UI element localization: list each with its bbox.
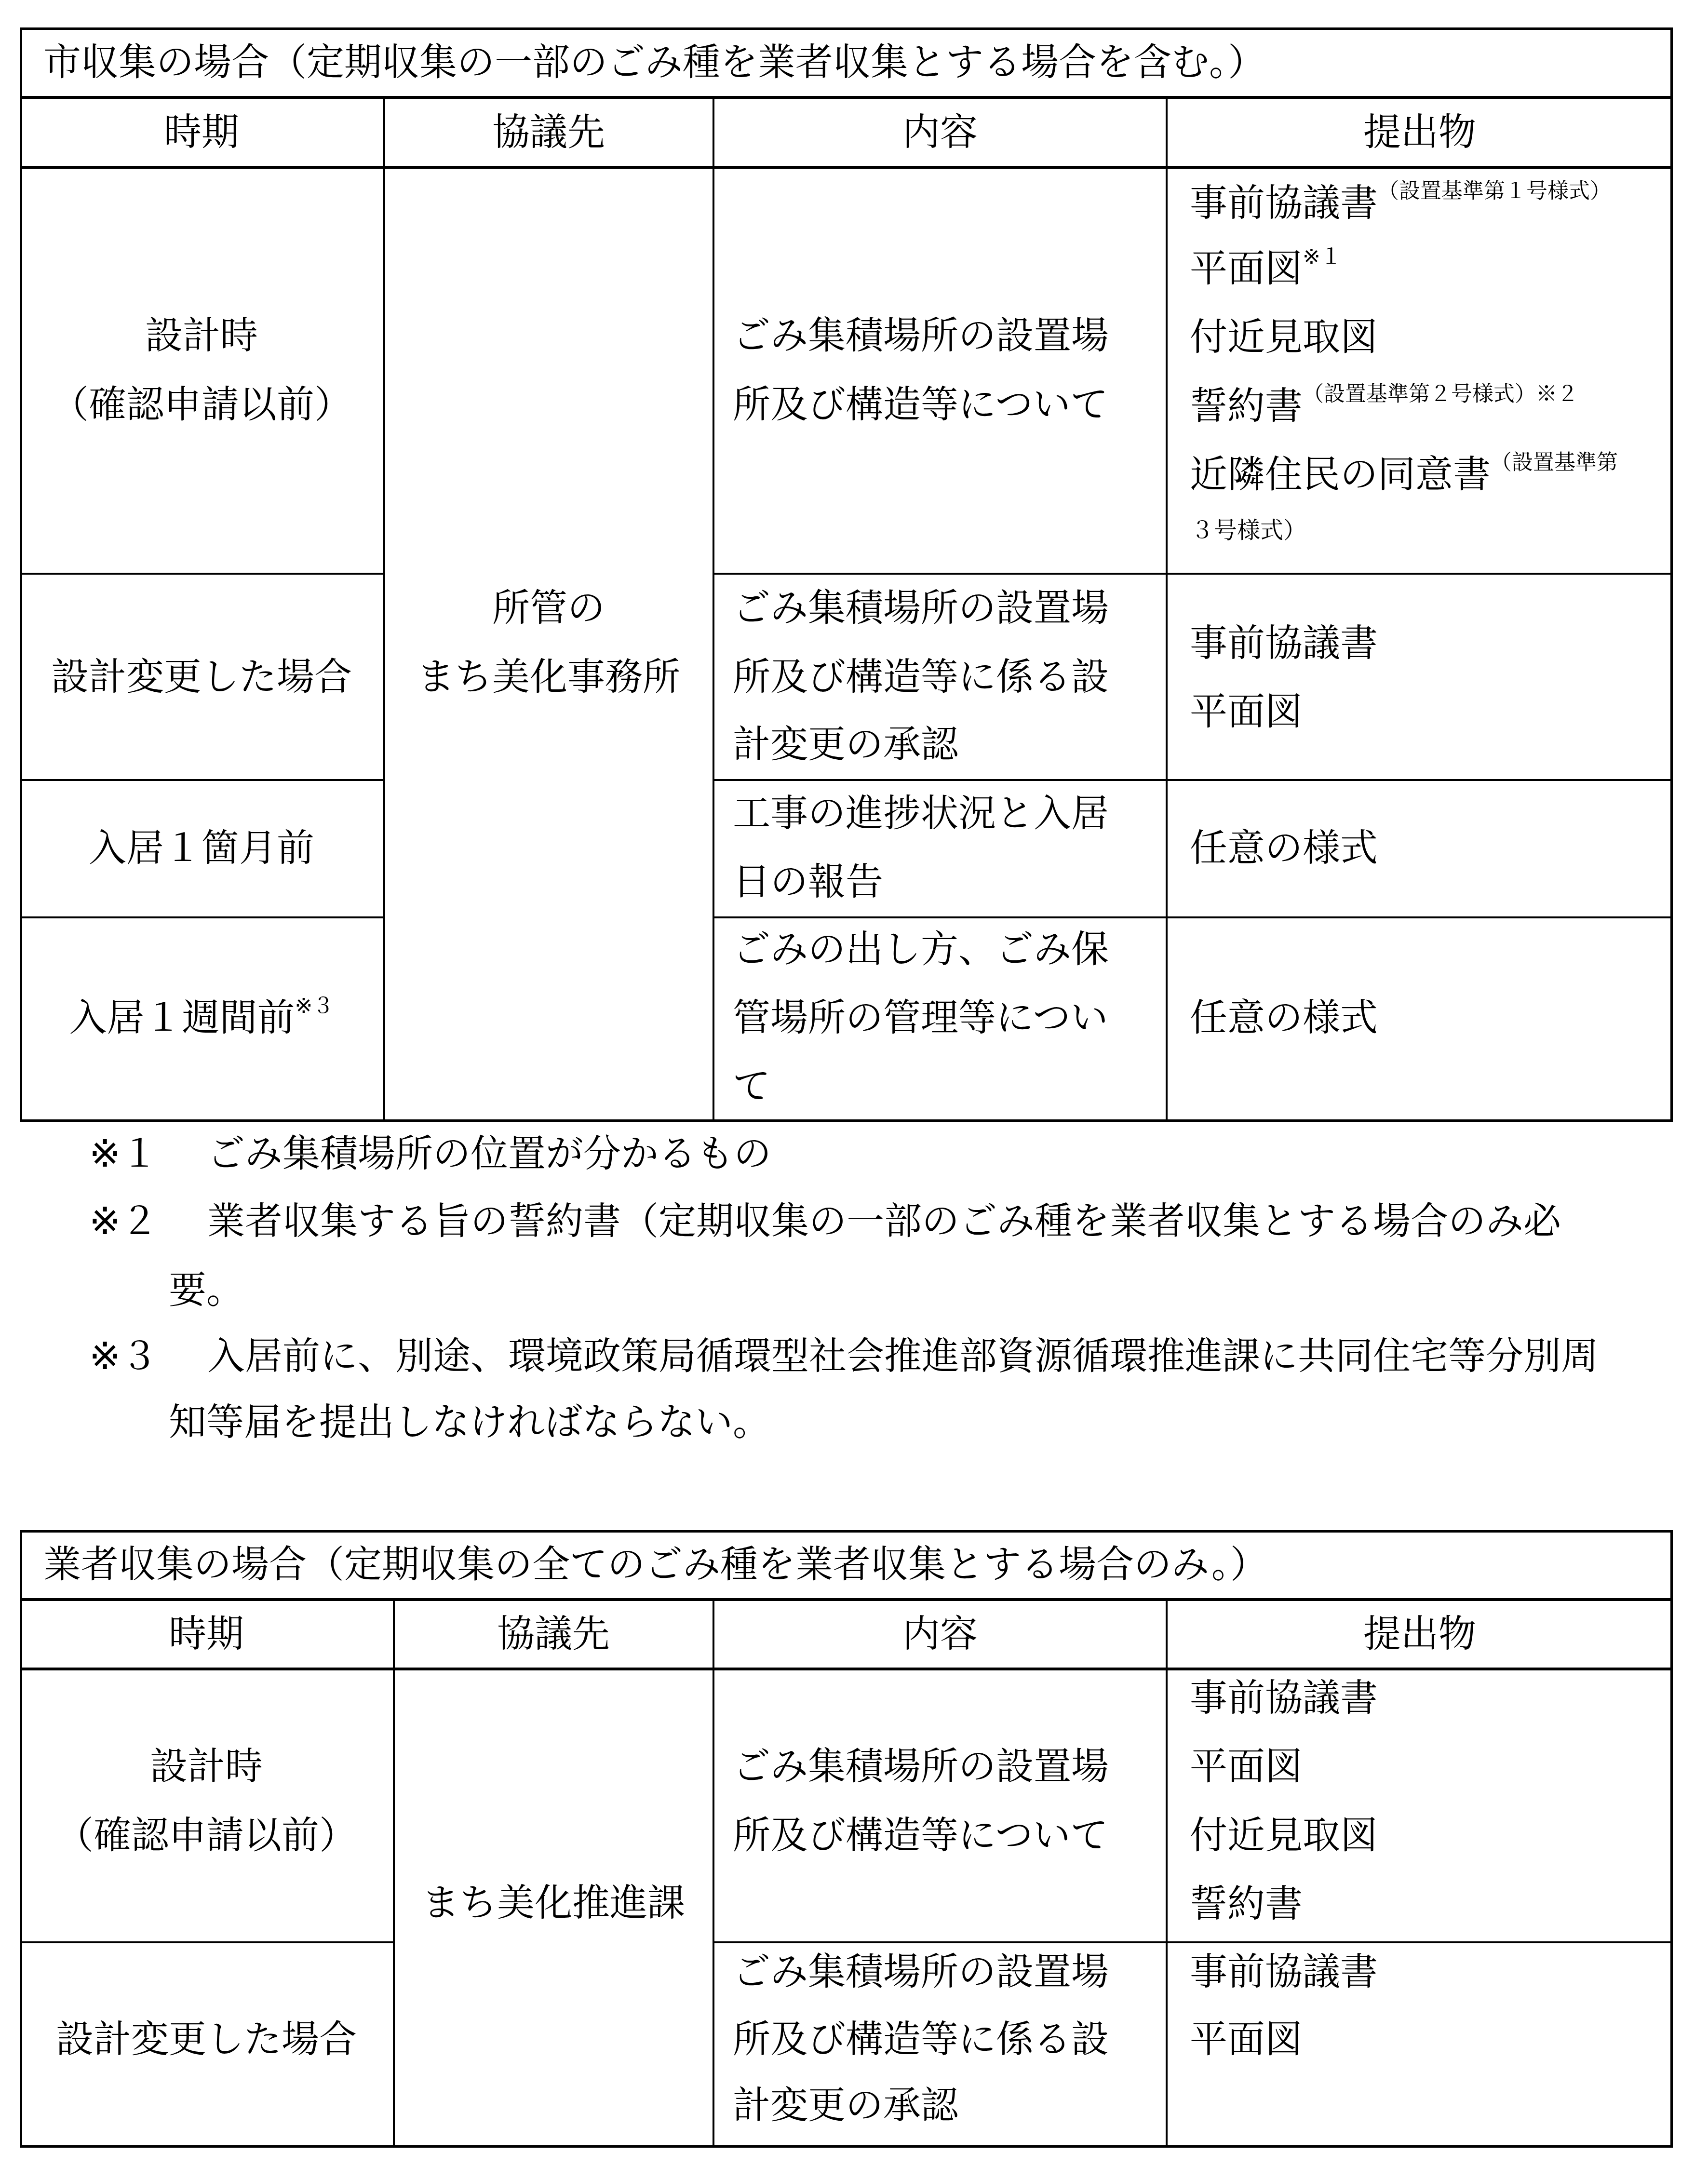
table2-row-divider xyxy=(713,1941,1673,1943)
submission-item: 事前協議書 xyxy=(1190,625,1378,662)
content-cell: ごみ集積場所の設置場 xyxy=(733,1748,1109,1786)
table1-row-divider xyxy=(713,573,1673,575)
footnote-text: 入居前に、別途、環境政策局循環型社会推進部資源循環推進課に共同住宅等分別周 xyxy=(207,1338,1599,1375)
submission-item: 事前協議書 xyxy=(1190,1680,1378,1717)
submission-item: 平面図 xyxy=(1190,2021,1303,2058)
table1-title-divider xyxy=(20,96,1673,99)
content-cell: 管場所の管理等につい xyxy=(733,999,1108,1037)
submission-item: 平面図 xyxy=(1190,693,1303,731)
consultee-line: 所管の xyxy=(492,590,605,627)
submission-item: 任意の様式 xyxy=(1190,999,1378,1037)
table1-header-divider xyxy=(20,166,1673,169)
content-cell: 工事の進捗状況と入居 xyxy=(733,795,1109,833)
consultee-cell: まち美化推進課 xyxy=(422,1884,685,1922)
header-content: 内容 xyxy=(902,1615,978,1653)
form-note: （設置基準第 xyxy=(1491,450,1618,475)
table1-title: 市収集の場合（定期収集の一部のごみ種を業者収集とする場合を含む。） xyxy=(43,44,1265,81)
content-cell: ごみ集積場所の設置場 xyxy=(733,590,1109,627)
table2-header-divider xyxy=(20,1668,1673,1670)
table2-title-divider xyxy=(20,1598,1673,1601)
table2-col-divider xyxy=(393,1600,395,2148)
content-cell: て xyxy=(733,1068,770,1105)
form-note-continuation: ３号様式） xyxy=(1191,519,1306,542)
period-cell: （確認申請以前） xyxy=(56,1817,357,1855)
footnote-text: 業者収集する旨の誓約書（定期収集の一部のごみ種を業者収集とする場合のみ必 xyxy=(207,1203,1561,1240)
table1-row-divider xyxy=(713,916,1673,918)
submission-item: 平面図※１ xyxy=(1190,250,1342,288)
header-content: 内容 xyxy=(902,114,978,151)
content-cell: 所及び構造等について xyxy=(733,386,1108,424)
table2-row-divider xyxy=(20,1941,393,1943)
content-cell: 計変更の承認 xyxy=(733,2087,958,2125)
table2-col-divider xyxy=(1166,1600,1168,2148)
period-cell: 入居１週間前※３ xyxy=(69,999,334,1037)
period-cell: （確認申請以前） xyxy=(51,386,352,424)
footnote-mark: ※２ xyxy=(89,1203,158,1240)
content-cell: ごみ集積場所の設置場 xyxy=(733,317,1109,355)
period-cell: 入居１箇月前 xyxy=(89,830,314,867)
table1-col-divider xyxy=(1166,97,1168,1122)
content-cell: 所及び構造等に係る設 xyxy=(733,659,1109,696)
footnote-ref: ※３ xyxy=(295,994,334,1018)
submission-item: 近隣住民の同意書（設置基準第 xyxy=(1190,456,1618,494)
table1-row-divider xyxy=(20,916,384,918)
header-submissions: 提出物 xyxy=(1363,1615,1476,1653)
table1-row-divider xyxy=(20,573,384,575)
content-cell: ごみ集積場所の設置場 xyxy=(733,1953,1109,1991)
consultee-line: まち美化事務所 xyxy=(417,659,680,696)
footnote-mark: ※１ xyxy=(89,1135,158,1173)
submission-item: 誓約書（設置基準第２号様式）※２ xyxy=(1190,388,1578,425)
footnote-text: 知等届を提出しなければならない。 xyxy=(169,1404,770,1441)
submission-item: 任意の様式 xyxy=(1190,830,1378,867)
form-note: （設置基準第１号様式） xyxy=(1378,179,1611,203)
footnote-text: 要。 xyxy=(169,1272,244,1309)
period-cell: 設計変更した場合 xyxy=(51,659,352,696)
submission-item: 事前協議書（設置基準第１号様式） xyxy=(1190,185,1611,222)
table1-col-divider xyxy=(383,97,385,1122)
submission-item: 事前協議書 xyxy=(1190,1953,1378,1991)
table1-row-divider xyxy=(713,779,1673,781)
content-cell: 所及び構造等について xyxy=(733,1817,1108,1855)
period-cell: 設計時 xyxy=(145,317,258,355)
table1-row-divider xyxy=(20,779,384,781)
header-period: 時期 xyxy=(169,1615,244,1653)
table2-col-divider xyxy=(713,1600,714,2148)
header-consultee: 協議先 xyxy=(492,114,605,151)
header-submissions: 提出物 xyxy=(1363,114,1476,151)
table2-title: 業者収集の場合（定期収集の全てのごみ種を業者収集とする場合のみ。） xyxy=(43,1546,1268,1584)
content-cell: 所及び構造等に係る設 xyxy=(733,2021,1109,2058)
header-period: 時期 xyxy=(164,114,239,151)
submission-item: 誓約書 xyxy=(1190,1885,1303,1923)
header-consultee: 協議先 xyxy=(497,1615,610,1653)
submission-item: 平面図 xyxy=(1190,1748,1303,1786)
footnote-mark: ※３ xyxy=(89,1338,158,1375)
footnote-text: ごみ集積場所の位置が分かるもの xyxy=(207,1135,771,1173)
content-cell: 計変更の承認 xyxy=(733,726,958,764)
period-cell: 設計変更した場合 xyxy=(56,2021,357,2058)
content-cell: 日の報告 xyxy=(733,863,883,901)
form-note: （設置基準第２号様式）※２ xyxy=(1303,382,1578,406)
period-cell: 設計時 xyxy=(150,1748,263,1786)
submission-item: 付近見取図 xyxy=(1190,1817,1378,1855)
content-cell: ごみの出し方、ごみ保 xyxy=(733,931,1109,969)
submission-item: 付近見取図 xyxy=(1190,319,1378,356)
table1-col-divider xyxy=(713,97,714,1122)
footnote-ref: ※１ xyxy=(1303,244,1342,269)
